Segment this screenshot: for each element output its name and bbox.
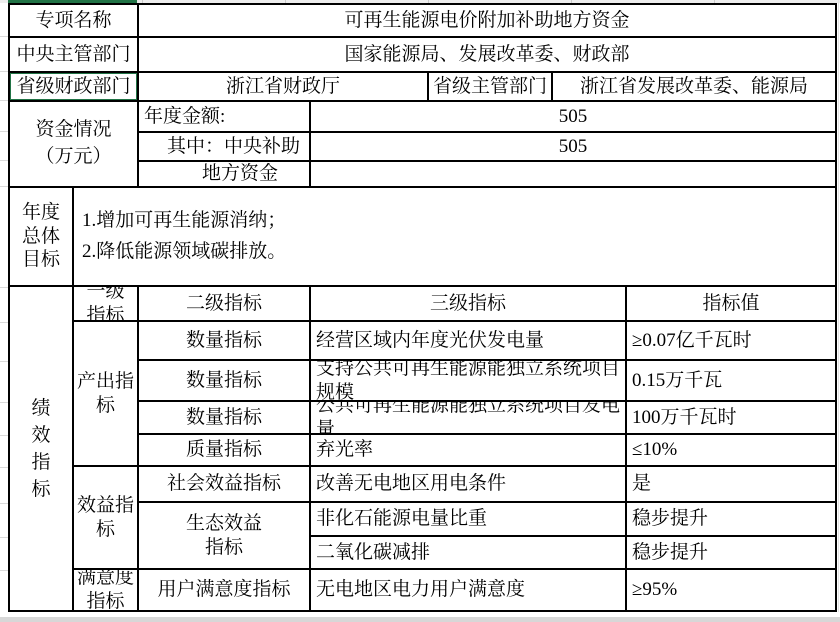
cell-indicator-value[interactable]: 稳步提升 <box>627 503 835 535</box>
cell-funds-label[interactable]: 资金情况（万元） <box>10 102 137 186</box>
cell-annual-goal-content[interactable]: 1.增加可再生能源消纳；2.降低能源领域碳排放。 <box>74 188 835 285</box>
cell-central-subsidy-value[interactable]: 505 <box>311 133 835 160</box>
cell-provincial-dept-label[interactable]: 省级主管部门 <box>429 73 551 100</box>
cell-indicator-value[interactable]: ≥95% <box>627 570 835 610</box>
cell-central-subsidy-label[interactable]: 其中：中央补助 <box>139 133 309 160</box>
spreadsheet-canvas: 专项名称 可再生能源电价附加补助地方资金 中央主管部门 国家能源局、发展改革委、… <box>0 0 840 622</box>
cell-header-level3[interactable]: 三级指标 <box>311 287 625 320</box>
cell-project-name-value[interactable]: 可再生能源电价附加补助地方资金 <box>139 5 835 36</box>
cell-indicator-l2[interactable]: 用户满意度指标 <box>139 570 309 610</box>
cell-indicator-l2[interactable]: 质量指标 <box>139 435 309 465</box>
cell-header-value[interactable]: 指标值 <box>627 287 835 320</box>
cell-eco-benefit-label[interactable]: 生态效益指标 <box>139 503 309 568</box>
cell-indicator-l3[interactable]: 经营区域内年度光伏发电量 <box>311 322 625 359</box>
cell-indicator-l3[interactable]: 改善无电地区用电条件 <box>311 467 625 501</box>
cell-indicator-l2[interactable]: 社会效益指标 <box>139 467 309 501</box>
cell-indicator-l2[interactable]: 数量指标 <box>139 402 309 433</box>
cell-annual-amount-value[interactable]: 505 <box>311 102 835 131</box>
cell-indicator-value[interactable]: ≥0.07亿千瓦时 <box>627 322 835 359</box>
cell-provincial-finance-value[interactable]: 浙江省财政厅 <box>139 73 427 100</box>
cell-local-funds-value[interactable] <box>311 162 835 186</box>
report-table: 专项名称 可再生能源电价附加补助地方资金 中央主管部门 国家能源局、发展改革委、… <box>8 3 837 612</box>
left-margin-gridlines <box>0 0 8 1</box>
cell-indicator-l3[interactable]: 公共可再生能源能独立系统项目发电量 <box>311 402 625 433</box>
cell-indicator-l2[interactable]: 数量指标 <box>139 361 309 400</box>
cell-benefit-indicator-group[interactable]: 效益指标 <box>74 467 137 568</box>
cell-provincial-finance-label[interactable]: 省级财政部门 <box>10 73 137 100</box>
cell-indicator-l3[interactable]: 非化石能源电量比重 <box>311 503 625 535</box>
cell-header-level2[interactable]: 二级指标 <box>139 287 309 320</box>
cell-indicator-l2[interactable]: 数量指标 <box>139 322 309 359</box>
cell-indicator-value[interactable]: ≤10% <box>627 435 835 465</box>
cell-central-dept-value[interactable]: 国家能源局、发展改革委、财政部 <box>139 38 835 71</box>
cell-performance-side-label[interactable]: 绩效指标 <box>10 287 72 610</box>
cell-indicator-value[interactable]: 是 <box>627 467 835 501</box>
cell-indicator-l3[interactable]: 无电地区电力用户满意度 <box>311 570 625 610</box>
cell-project-name-label[interactable]: 专项名称 <box>10 5 137 36</box>
cell-indicator-l3[interactable]: 二氧化碳减排 <box>311 537 625 568</box>
cell-local-funds-label[interactable]: 地方资金 <box>139 162 309 186</box>
cell-central-dept-label[interactable]: 中央主管部门 <box>10 38 137 71</box>
cell-annual-goal-label[interactable]: 年度总体目标 <box>10 188 72 285</box>
cell-indicator-l3[interactable]: 弃光率 <box>311 435 625 465</box>
cell-annual-amount-label[interactable]: 年度金额: <box>139 102 309 131</box>
cell-indicator-l3[interactable]: 支持公共可再生能源能独立系统项目规模 <box>311 361 625 400</box>
cell-indicator-value[interactable]: 稳步提升 <box>627 537 835 568</box>
right-margin-gridline <box>838 0 839 612</box>
bottom-row-sliver <box>0 617 840 622</box>
cell-provincial-dept-value[interactable]: 浙江省发展改革委、能源局 <box>553 73 835 100</box>
cell-header-level1[interactable]: 一级指标 <box>74 287 137 320</box>
cell-satisfaction-indicator-group[interactable]: 满意度指标 <box>74 570 137 610</box>
cell-indicator-value[interactable]: 100万千瓦时 <box>627 402 835 433</box>
cell-output-indicator-group[interactable]: 产出指标 <box>74 322 137 465</box>
cell-indicator-value[interactable]: 0.15万千瓦 <box>627 361 835 400</box>
